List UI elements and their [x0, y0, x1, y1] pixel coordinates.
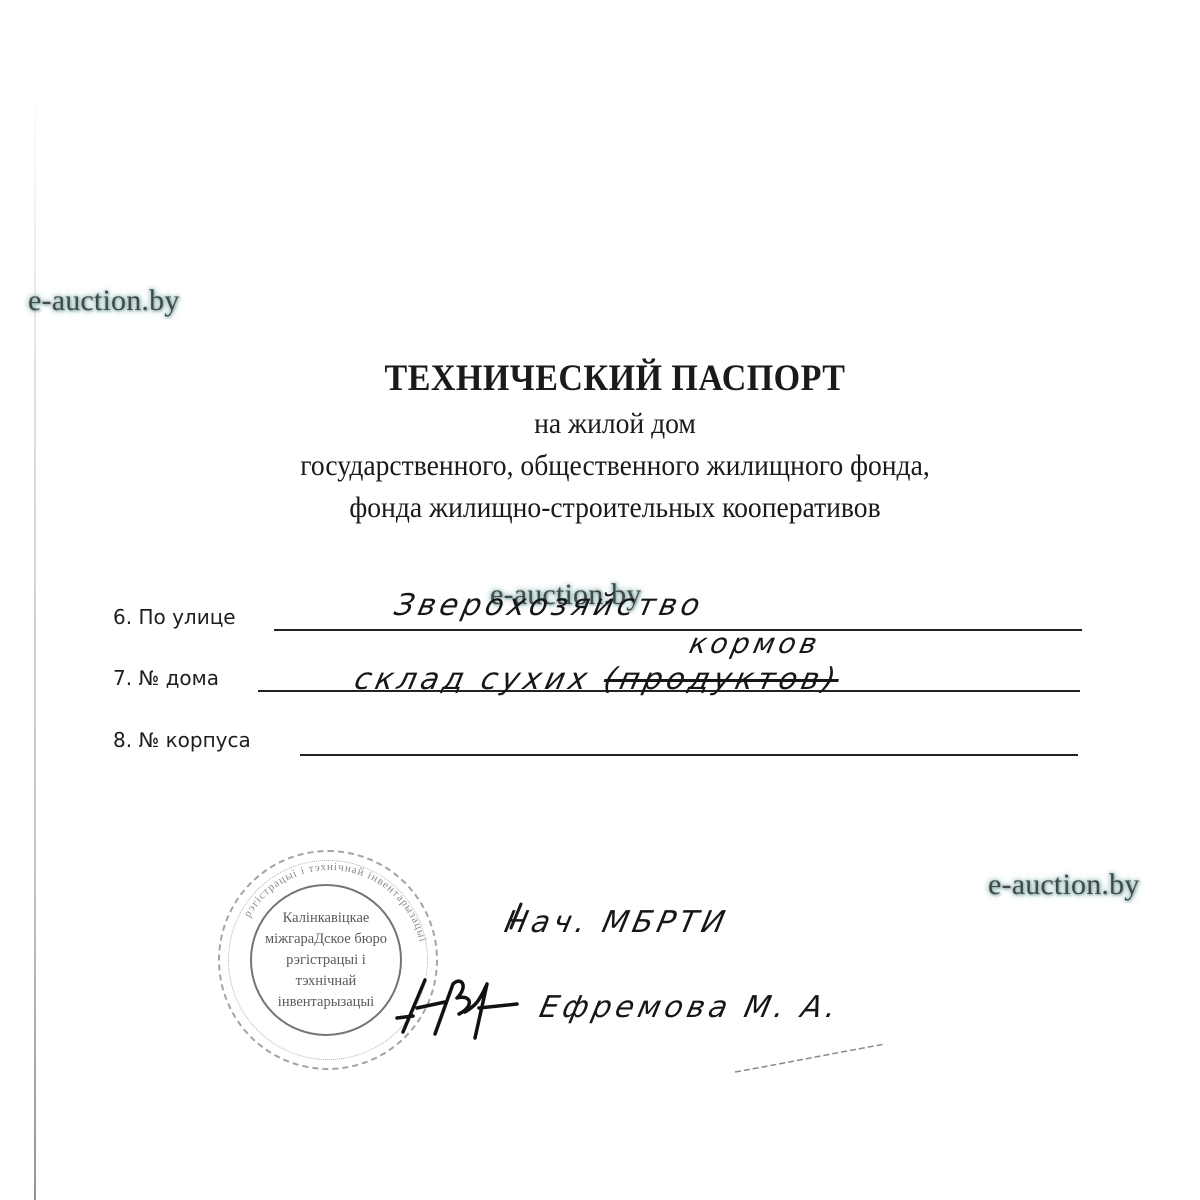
street-handwritten-value: Зверохозяйство	[391, 588, 707, 623]
stamp-inner-circle: Калінкавіцкае міжгараДское бюро рэгістра…	[250, 884, 402, 1036]
house-number-handwritten-value: склад сухих (продуктов)	[351, 662, 842, 697]
house-number-struck-text: (продуктов)	[601, 662, 843, 697]
house-number-value-text: склад сухих	[351, 662, 594, 697]
document-title: ТЕХНИЧЕСКИЙ ПАСПОРТ	[49, 355, 1181, 403]
street-label: 6. По улице	[113, 605, 236, 629]
stamp-line-3: рэгістрацыі і	[286, 950, 366, 971]
stamp-line-2: міжгараДское бюро	[265, 929, 387, 950]
document-subtitle-line1: на жилой дом	[49, 403, 1181, 445]
document-subtitle-line3: фонда жилищно-строительных кооперативов	[49, 487, 1181, 529]
stamp-line-1: Калінкавіцкае	[283, 908, 370, 929]
signatory-title: Нач. МБРТИ	[501, 905, 732, 940]
signatory-name: Ефремова М. А.	[536, 990, 843, 1025]
stamp-line-5: інвентарызацыі	[278, 992, 374, 1013]
scan-edge-shadow	[34, 80, 36, 1200]
watermark-top-left: e-auction.by	[28, 284, 180, 318]
watermark-right: e-auction.by	[988, 868, 1140, 902]
document-header: ТЕХНИЧЕСКИЙ ПАСПОРТ на жилой дом государ…	[0, 355, 1200, 529]
house-number-inserted-text: кормов	[686, 627, 824, 660]
street-line	[274, 629, 1082, 631]
building-line	[300, 754, 1078, 756]
stamp-line-4: тэхнічнай	[296, 971, 357, 992]
signature-scribble	[395, 972, 520, 1042]
form-row-building: 8. № корпуса	[0, 718, 1200, 758]
house-number-label: 7. № дома	[113, 666, 219, 690]
stray-pen-mark	[730, 1040, 890, 1080]
document-subtitle-line2: государственного, общественного жилищног…	[49, 445, 1181, 487]
building-label: 8. № корпуса	[113, 728, 251, 752]
